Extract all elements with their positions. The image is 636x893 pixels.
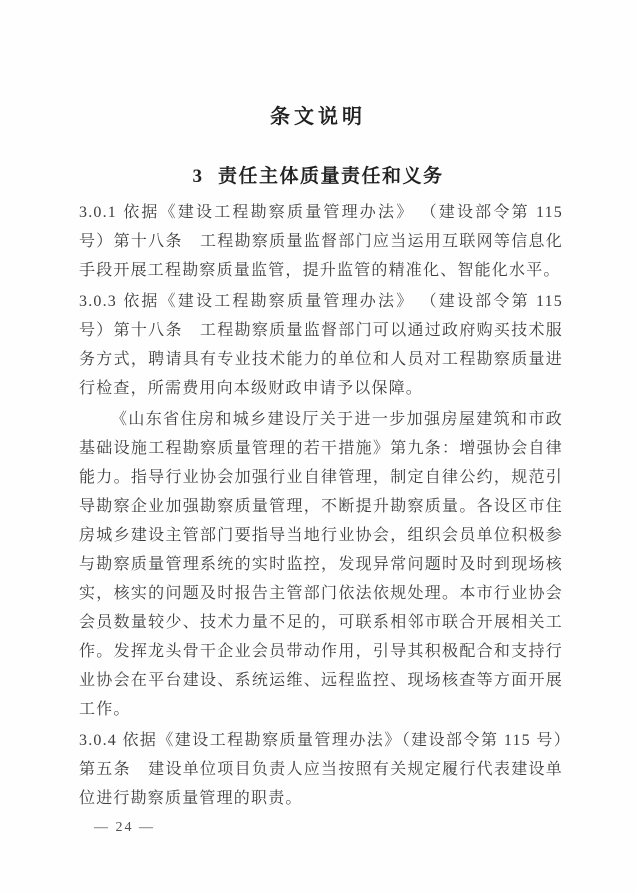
section-heading-text: 责任主体质量责任和义务 <box>218 166 444 187</box>
paragraph-3-0-4: 3.0.4 依据《建设工程勘察质量管理办法》（建设部令第 115 号）第五条 建… <box>79 726 563 813</box>
paragraph-shandong-measures: 《山东省住房和城乡建设厅关于进一步加强房屋建筑和市政基础设施工程勘察质量管理的若… <box>79 405 563 724</box>
page-title: 条文说明 <box>0 100 636 129</box>
section-heading: 3责任主体质量责任和义务 <box>0 161 636 188</box>
section-number: 3 <box>192 166 202 187</box>
document-body: 3.0.1 依据《建设工程勘察质量管理办法》 （建设部令第 115 号）第十八条… <box>79 198 563 815</box>
document-page: 条文说明 3责任主体质量责任和义务 3.0.1 依据《建设工程勘察质量管理办法》… <box>0 0 636 893</box>
footer-page-number: — 24 — <box>94 818 155 838</box>
paragraph-3-0-1: 3.0.1 依据《建设工程勘察质量管理办法》 （建设部令第 115 号）第十八条… <box>79 198 563 285</box>
paragraph-3-0-3: 3.0.3 依据《建设工程勘察质量管理办法》 （建设部令第 115 号）第十八条… <box>79 287 563 403</box>
